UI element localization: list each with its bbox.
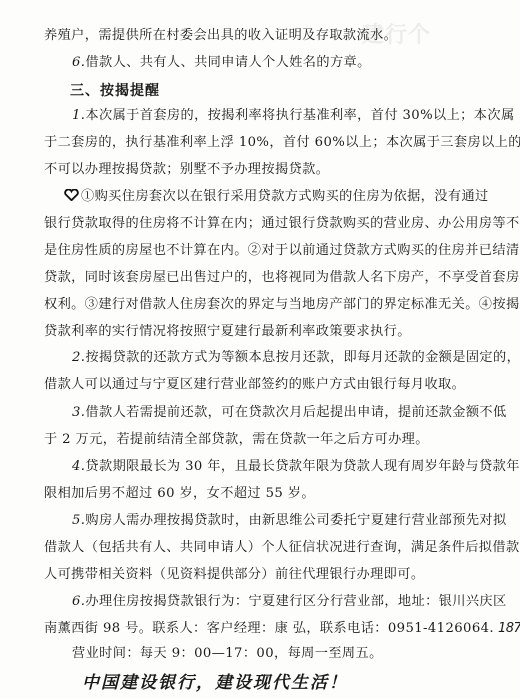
- item-6-line: 南薰西街 98 号。联系人：客户经理：康 弘，联系电话：0951-4126064…: [44, 621, 520, 637]
- item-number: 6.: [72, 594, 85, 609]
- item-5-line: 5.购房人需办理按揭贷款时，由新思维公司委托宁夏建行营业部预先对拟: [72, 513, 507, 529]
- item-4-line: 限相加后男不超过 60 岁，女不超过 55 岁。: [44, 486, 315, 502]
- note-line: 是住房性质的房屋也不计算在内。②对于以前通过贷款方式购买的住房并已结清: [44, 243, 520, 259]
- note-line: 银行贷款取得的住房将不计算在内；通过银行贷款购买的营业房、办公用房等不: [44, 216, 520, 232]
- slogan: 中国建设银行，建设现代生活！: [82, 668, 348, 693]
- heart-icon: [64, 189, 79, 201]
- item-text: 借款人、共有人、共同申请人个人姓名的方章。: [85, 55, 370, 70]
- item-text: 贷款期限最长为 30 年，且最长贷款年限为贷款人现有周岁年龄与贷款年: [85, 459, 519, 474]
- item-number: 1.: [72, 108, 85, 123]
- item-text: 按揭贷款的还款方式为等额本息按月还款，即每月还款的金额是固定的，: [85, 350, 520, 365]
- item-number: 4.: [72, 459, 85, 474]
- business-hours: 营业时间：每天 9：00—17：00，每周一至周五。: [72, 646, 383, 662]
- item-3-line: 于 2 万元，若提前结清全部贷款，需在贷款一年之后方可办理。: [44, 432, 429, 448]
- item-5-line: 人可携带相关资料（见资料提供部分）前往代理银行办理即可。: [44, 567, 424, 583]
- item-text: 办理住房按揭贷款银行为：宁夏建行区分行营业部，地址：银川兴庆区: [85, 594, 506, 609]
- item-number: 3.: [72, 405, 85, 420]
- note-line: ①购买住房套次以在银行采用贷款方式购买的住房为依据，没有通过: [64, 189, 489, 205]
- item-text: 南薰西街 98 号。联系人：客户经理：康 弘，联系电话：0951-4126064…: [44, 621, 494, 636]
- item-text: 借款人若需提前还款，可在贷款次月后起提出申请，提前还款金额不低: [85, 405, 506, 420]
- item-number: 2.: [72, 350, 85, 365]
- item-text: 本次属于首套房的，按揭利率将执行基准利率，首付 30%以上；本次属: [85, 108, 514, 123]
- item-4-line: 4.贷款期限最长为 30 年，且最长贷款年限为贷款人现有周岁年龄与贷款年: [72, 459, 520, 475]
- item-text: 购房人需办理按揭贷款时，由新思维公司委托宁夏建行营业部预先对拟: [85, 513, 506, 528]
- document-page: 建行个 养殖户，需提供所在村委会出具的收入证明及存取款流水。 6.借款人、共有人…: [0, 0, 520, 699]
- paragraph-line: 养殖户，需提供所在村委会出具的收入证明及存取款流水。: [44, 28, 397, 44]
- handwritten-phone: 18795096677: [498, 621, 520, 636]
- note-text: ①购买住房套次以在银行采用贷款方式购买的住房为依据，没有通过: [81, 189, 489, 204]
- note-line: 贷款利率的实行情况将按照宁夏建行最新利率政策要求执行。: [44, 324, 411, 340]
- note-line: 贷款，同时该套房屋已出售过户的，也将视同为借款人名下房产，不享受首套房: [44, 270, 520, 286]
- item-6-line: 6.办理住房按揭贷款银行为：宁夏建行区分行营业部，地址：银川兴庆区: [72, 594, 507, 610]
- item-1-line: 不可以办理按揭贷款；别墅不予办理按揭贷款。: [44, 162, 329, 178]
- item-5-line: 借款人（包括共有人、共同申请人）个人征信状况进行查询，满足条件后拟借款: [44, 540, 520, 556]
- item-number: 5.: [72, 513, 85, 528]
- list-item-6-materials: 6.借款人、共有人、共同申请人个人姓名的方章。: [72, 55, 371, 71]
- section-heading: 三、按揭提醒: [70, 80, 160, 100]
- note-line: 权利。③建行对借款人住房套次的界定与当地房产部门的界定标准无关。④按揭: [44, 297, 520, 313]
- item-2-line: 2.按揭贷款的还款方式为等额本息按月还款，即每月还款的金额是固定的，: [72, 350, 520, 366]
- item-1-line: 1.本次属于首套房的，按揭利率将执行基准利率，首付 30%以上；本次属: [72, 108, 515, 124]
- item-1-line: 于二套房的，执行基准利率上浮 10%，首付 60%以上；本次属于三套房以上的将: [44, 135, 520, 151]
- item-number: 6.: [72, 55, 85, 70]
- item-2-line: 借款人可以通过与宁夏区建行营业部签约的账户方式由银行每月收取。: [44, 377, 465, 393]
- item-3-line: 3.借款人若需提前还款，可在贷款次月后起提出申请，提前还款金额不低: [72, 405, 507, 421]
